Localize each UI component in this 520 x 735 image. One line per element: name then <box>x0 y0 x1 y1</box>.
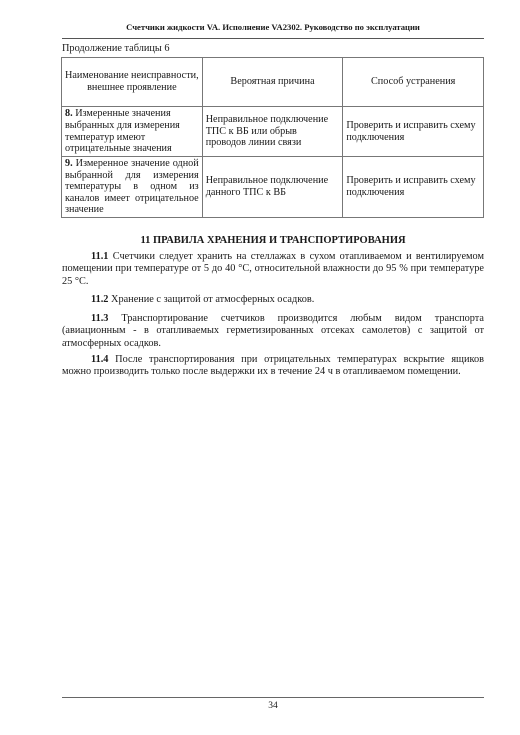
row-number: 8. <box>65 108 73 119</box>
cause-cell: Неправильное подключение данного ТПС к В… <box>202 157 343 218</box>
paragraph-11-3: 11.3 Транспортирование счетчиков произво… <box>62 313 484 350</box>
table-caption: Продолжение таблицы 6 <box>62 43 170 54</box>
paragraph-number: 11.3 <box>91 313 108 324</box>
fault-table: Наименование неисправности, внешнее проя… <box>61 57 484 218</box>
column-header-fault: Наименование неисправности, внешнее проя… <box>62 58 203 107</box>
cause-cell: Неправильное подключение ТПС к ВБ или об… <box>202 107 343 157</box>
paragraph-text: После транспортирования при отрицательны… <box>62 354 484 377</box>
row-number: 9. <box>65 158 73 169</box>
paragraph-number: 11.1 <box>91 251 108 262</box>
fault-text: Измеренное значение одной выбранной для … <box>65 158 199 215</box>
paragraph-11-1: 11.1 Счетчики следует хранить на стеллаж… <box>62 251 484 288</box>
column-header-remedy: Способ устранения <box>343 58 484 107</box>
table-row: 9. Измеренное значение одной выбранной д… <box>62 157 484 218</box>
paragraph-11-4: 11.4 После транспортирования при отрицат… <box>62 354 484 379</box>
table-row: 8. Измеренные значения выбранных для изм… <box>62 107 484 157</box>
remedy-cell: Проверить и исправить схему подключения <box>343 157 484 218</box>
table-header-row: Наименование неисправности, внешнее проя… <box>62 58 484 107</box>
fault-cell: 8. Измеренные значения выбранных для изм… <box>62 107 203 157</box>
paragraph-number: 11.2 <box>91 294 108 305</box>
paragraph-text: Счетчики следует хранить на стеллажах в … <box>62 251 484 287</box>
paragraph-text: Хранение с защитой от атмосферных осадко… <box>111 294 314 305</box>
paragraph-text: Транспортирование счетчиков производится… <box>62 313 484 349</box>
paragraph-number: 11.4 <box>91 354 108 365</box>
paragraph-11-2: 11.2 Хранение с защитой от атмосферных о… <box>62 294 484 306</box>
section-title: 11 ПРАВИЛА ХРАНЕНИЯ И ТРАНСПОРТИРОВАНИЯ <box>62 235 484 246</box>
page-number: 34 <box>62 701 484 711</box>
running-header: Счетчики жидкости VA. Исполнение VA2302.… <box>62 22 484 32</box>
header-rule <box>62 38 484 39</box>
column-header-cause: Вероятная причина <box>202 58 343 107</box>
footer-rule <box>62 697 484 698</box>
fault-cell: 9. Измеренное значение одной выбранной д… <box>62 157 203 218</box>
fault-text: Измеренные значения выбранных для измере… <box>65 108 180 154</box>
remedy-cell: Проверить и исправить схему подключения <box>343 107 484 157</box>
